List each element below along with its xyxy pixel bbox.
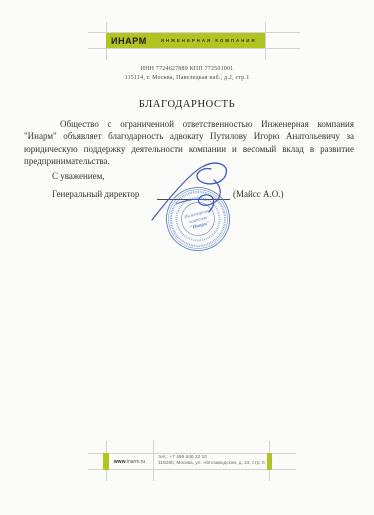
footer-website-suffix: .inarm.ru [125, 459, 145, 465]
footer-website-prefix: www [114, 459, 126, 465]
scanned-letter-page: { "header": { "logo": "ИНАРМ", "tagline"… [0, 0, 374, 515]
footer-address: 115280, Москва, ул. Автозаводская, д. 23… [158, 461, 265, 466]
letterhead-banner: ИНАРМ ИНЖЕНЕРНАЯ КОМПАНИЯ [106, 33, 265, 48]
header-guideline-right [265, 22, 266, 60]
company-inn-line: ИНН 7724627889 КПП 772501001 [0, 66, 374, 72]
footer-guideline-bottom [88, 469, 296, 470]
footer-accent-bar-right [267, 453, 273, 470]
signatory-position: Генеральный директор [52, 189, 139, 199]
header-guideline-bottom [88, 48, 300, 49]
company-logo: ИНАРМ [111, 36, 147, 46]
signature [146, 160, 246, 224]
footer-phone: тел.: +7 495 646 32 10 [158, 455, 207, 460]
closing-phrase: С уважением, [52, 171, 105, 181]
footer-website: www.inarm.ru [106, 459, 153, 465]
document-title: БЛАГОДАРНОСТЬ [0, 99, 374, 110]
company-tagline: ИНЖЕНЕРНАЯ КОМПАНИЯ [161, 38, 257, 43]
company-address-line: 115114, г. Москва, Павелецкая наб., д.2,… [0, 75, 374, 81]
footer-guideline-divider [153, 441, 154, 481]
signature-graphic [146, 160, 246, 224]
